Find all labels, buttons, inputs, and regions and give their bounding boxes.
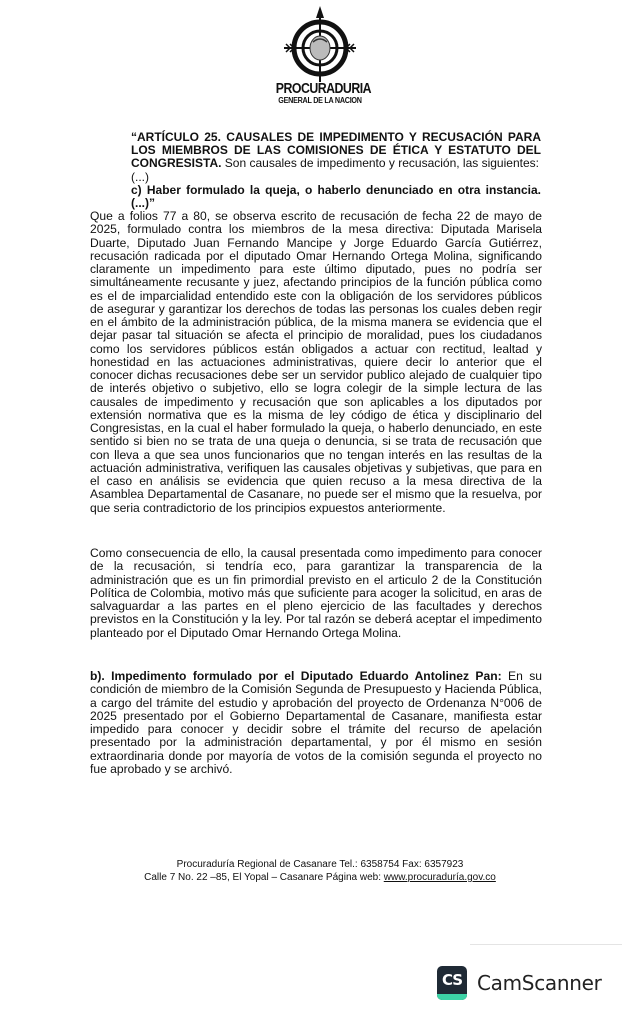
impedimento-b-text: En su condición de miembro de la Comisió…	[90, 669, 542, 776]
procuraduria-logo: PROCURADURIA GENERAL DE LA NACION	[268, 4, 372, 106]
impedimento-b-heading: b). Impedimento formulado por el Diputad…	[90, 669, 502, 683]
logo-title: PROCURADURIA	[276, 82, 364, 96]
paragraph-recusacion: Que a folios 77 a 80, se observa escrito…	[90, 210, 542, 515]
camscanner-watermark: CS CamScanner	[437, 966, 602, 1000]
camscanner-badge-text: CS	[437, 971, 467, 989]
quote-ellipsis: (...)	[131, 170, 149, 184]
page-footer: Procuraduría Regional de Casanare Tel.: …	[130, 858, 510, 884]
scan-edge-divider	[470, 944, 622, 945]
article-item-c: c) Haber formulado la queja, o haberlo d…	[131, 183, 541, 210]
paragraph-impedimento-b: b). Impedimento formulado por el Diputad…	[90, 670, 542, 776]
article-text: Son causales de impedimento y recusación…	[221, 156, 539, 170]
footer-website-link[interactable]: www.procuraduría.gov.co	[384, 872, 496, 883]
paragraph-consecuencia: Como consecuencia de ello, la causal pre…	[90, 547, 542, 640]
camscanner-badge-accent	[437, 994, 467, 1000]
article-quote: “ARTÍCULO 25. CAUSALES DE IMPEDIMENTO Y …	[131, 131, 541, 210]
logo-subtitle: GENERAL DE LA NACION	[273, 96, 367, 105]
coat-of-arms-crosshair-icon	[280, 4, 360, 84]
camscanner-logo-icon: CS	[437, 966, 467, 1000]
camscanner-label: CamScanner	[477, 971, 602, 995]
footer-address-text: Calle 7 No. 22 –85, El Yopal – Casanare …	[144, 872, 384, 883]
footer-contact: Procuraduría Regional de Casanare Tel.: …	[130, 858, 510, 871]
footer-address: Calle 7 No. 22 –85, El Yopal – Casanare …	[130, 871, 510, 884]
